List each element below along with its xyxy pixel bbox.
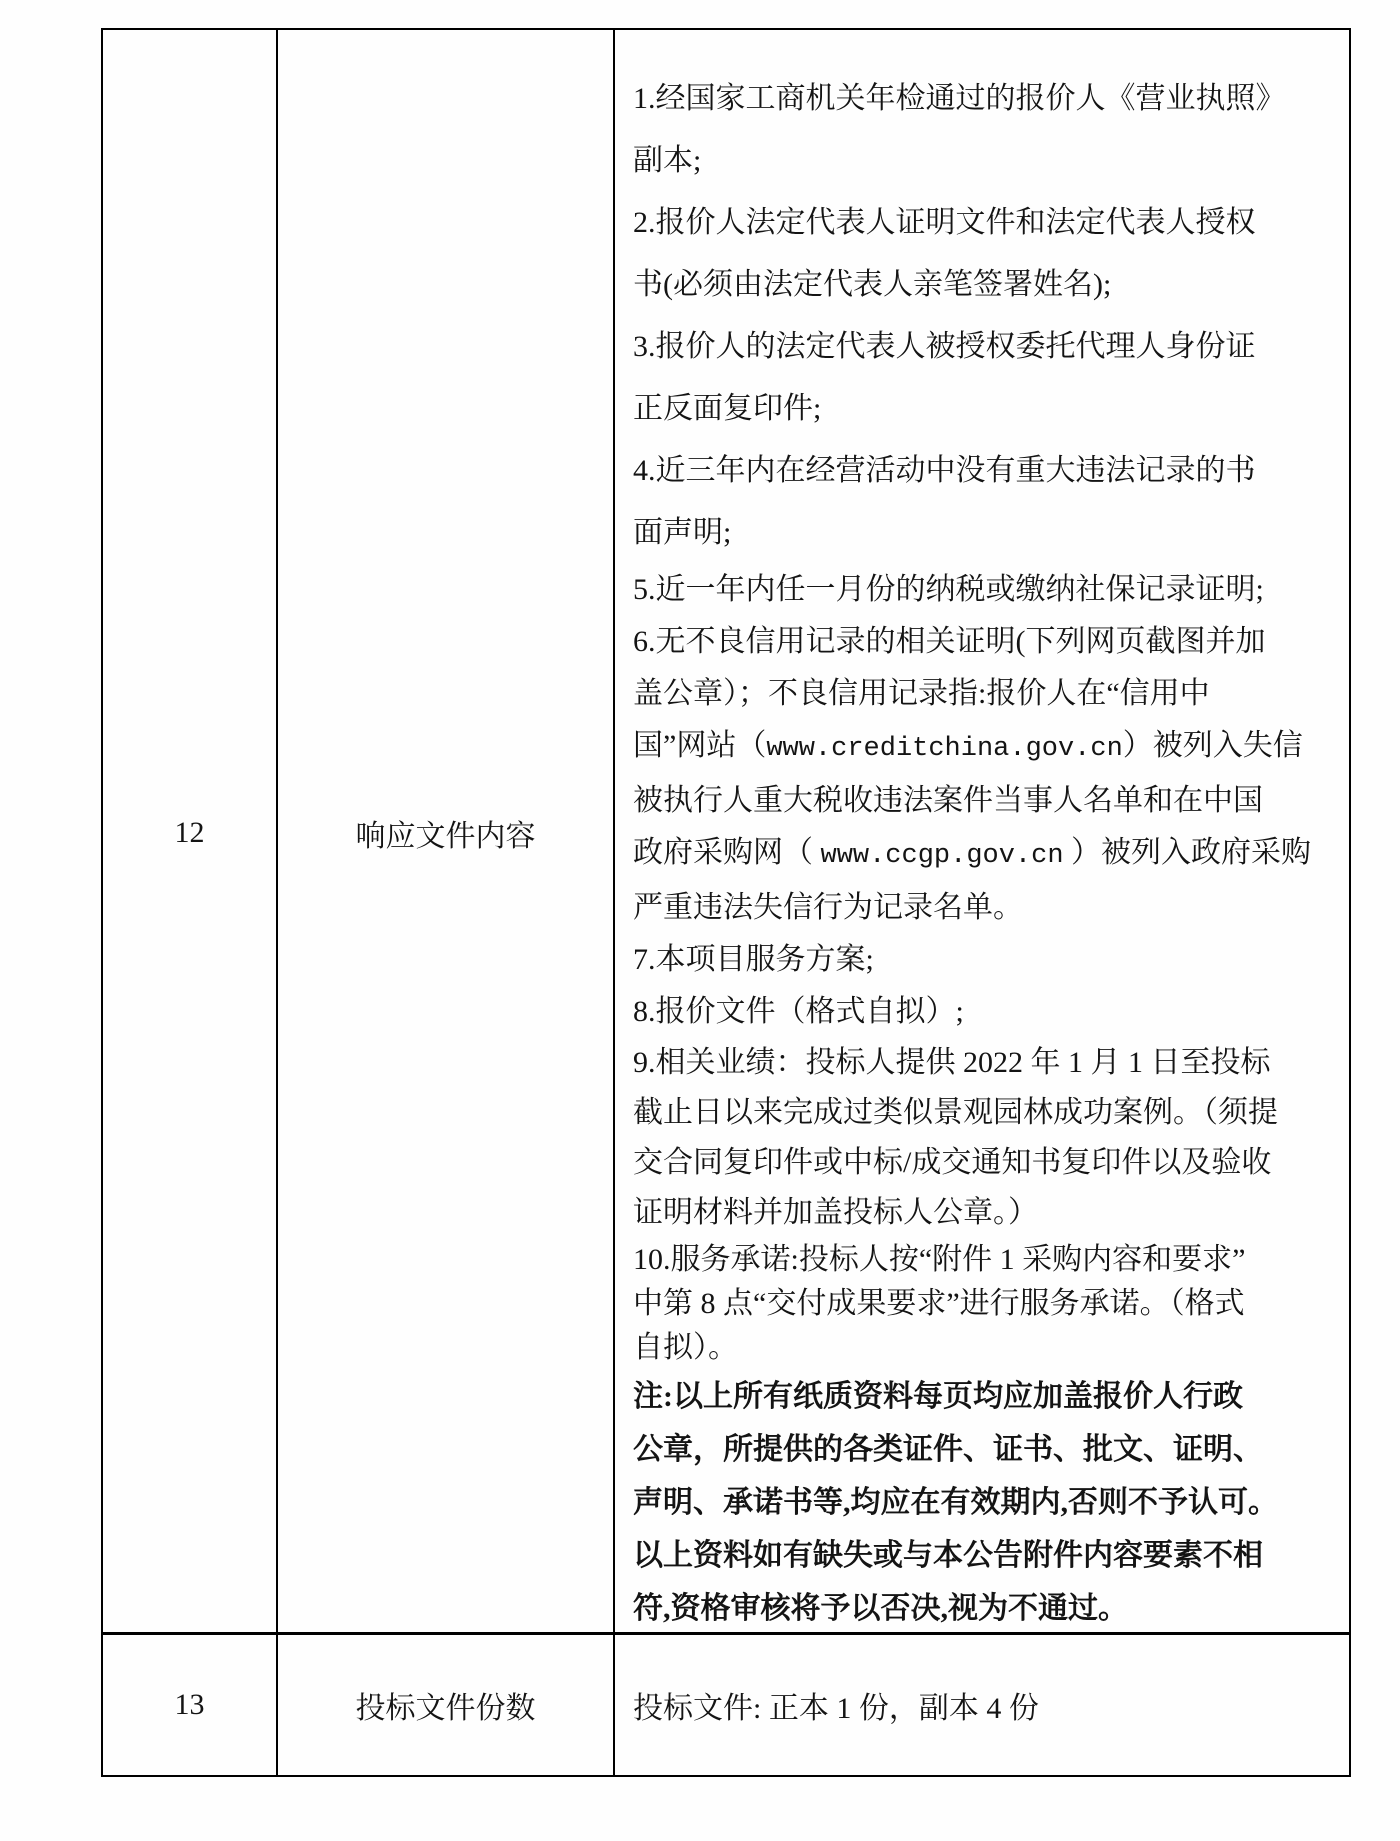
content-item-9: 9.相关业绩：投标人提供 2022 年 1 月 1 日至投标 截止日以来完成过类…	[633, 1038, 1339, 1238]
content-item-8: 8.报价文件（格式自拟）;	[633, 986, 1339, 1038]
document-page: 12 响应文件内容 1.经国家工商机关年检通过的报价人《营业执照》 副本; 2.…	[0, 0, 1400, 1841]
content-item-6: 6.无不良信用记录的相关证明(下列网页截图并加 盖公章）；不良信用记录指:报价人…	[633, 616, 1339, 934]
content-item-2: 2.报价人法定代表人证明文件和法定代表人授权 书(必须由法定代表人亲笔签署姓名)…	[633, 192, 1339, 316]
content-item-4: 4.近三年内在经营活动中没有重大违法记录的书 面声明;	[633, 440, 1339, 564]
content-item-5: 5.近一年内任一月份的纳税或缴纳社保记录证明;	[633, 564, 1339, 616]
content-item-7: 7.本项目服务方案;	[633, 934, 1339, 986]
row-12-number-cell: 12	[103, 30, 278, 1635]
ccgp-url: www.ccgp.gov.cn	[821, 841, 1064, 871]
row-13-content-cell: 投标文件: 正本 1 份，副本 4 份	[615, 1635, 1349, 1775]
row-13-label-cell: 投标文件份数	[278, 1635, 615, 1775]
row-12-label-cell: 响应文件内容	[278, 30, 615, 1635]
tender-requirements-table: 12 响应文件内容 1.经国家工商机关年检通过的报价人《营业执照》 副本; 2.…	[101, 28, 1351, 1777]
row-13-number: 13	[175, 1688, 205, 1722]
row-13-content: 投标文件: 正本 1 份，副本 4 份	[633, 1683, 1039, 1727]
row-12-content-cell: 1.经国家工商机关年检通过的报价人《营业执照》 副本; 2.报价人法定代表人证明…	[615, 30, 1349, 1635]
content-item-1: 1.经国家工商机关年检通过的报价人《营业执照》 副本;	[633, 68, 1339, 192]
row-13-number-cell: 13	[103, 1635, 278, 1775]
content-note: 注:以上所有纸质资料每页均应加盖报价人行政 公章，所提供的各类证件、证书、批文、…	[633, 1370, 1339, 1635]
row-12-label: 响应文件内容	[356, 811, 536, 855]
creditchina-url: www.creditchina.gov.cn	[766, 734, 1122, 764]
row-13-label: 投标文件份数	[356, 1683, 536, 1727]
content-item-10: 10.服务承诺:投标人按“附件 1 采购内容和要求” 中第 8 点“交付成果要求…	[633, 1238, 1339, 1370]
row-12-number: 12	[175, 816, 205, 850]
table-row-13: 13 投标文件份数 投标文件: 正本 1 份，副本 4 份	[103, 1632, 1349, 1775]
content-item-3: 3.报价人的法定代表人被授权委托代理人身份证 正反面复印件;	[633, 316, 1339, 440]
table-row-12: 12 响应文件内容 1.经国家工商机关年检通过的报价人《营业执照》 副本; 2.…	[103, 30, 1349, 1632]
